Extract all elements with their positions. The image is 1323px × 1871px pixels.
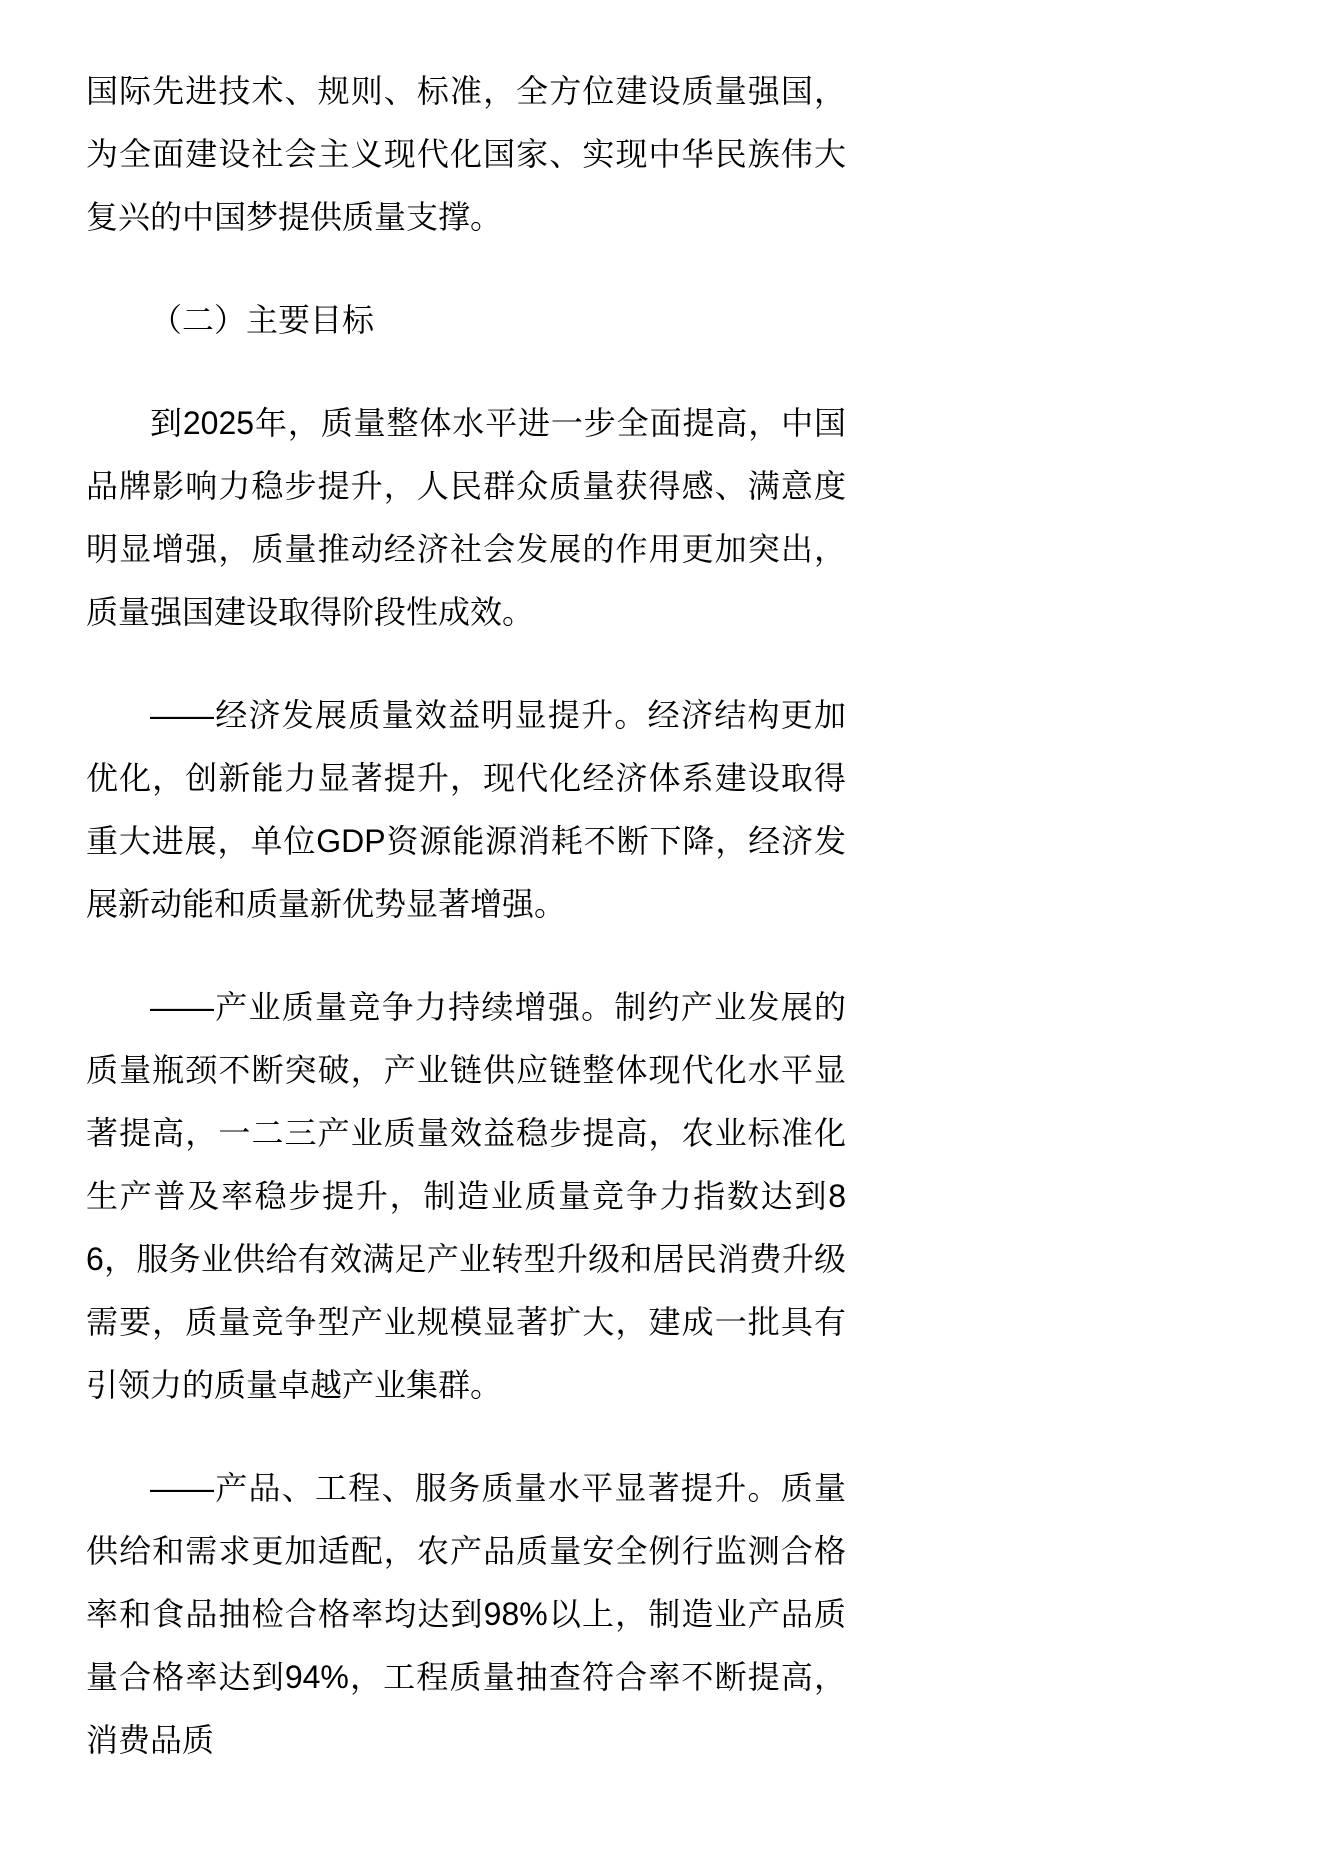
document-page: 国际先进技术、规则、标准，全方位建设质量强国，为全面建设社会主义现代化国家、实现… xyxy=(0,0,1323,1871)
paragraph-2025-overall-goal: 到2025年，质量整体水平进一步全面提高，中国品牌影响力稳步提升，人民群众质量获… xyxy=(86,392,846,644)
text-column: 国际先进技术、规则、标准，全方位建设质量强国，为全面建设社会主义现代化国家、实现… xyxy=(86,0,846,1772)
paragraph-continuation-quality-support: 国际先进技术、规则、标准，全方位建设质量强国，为全面建设社会主义现代化国家、实现… xyxy=(86,60,846,249)
paragraph-economic-development-quality: ——经济发展质量效益明显提升。经济结构更加优化，创新能力显著提升，现代化经济体系… xyxy=(86,684,846,936)
section-heading-main-goals: （二）主要目标 xyxy=(86,289,846,352)
paragraph-product-engineering-service-quality: ——产品、工程、服务质量水平显著提升。质量供给和需求更加适配，农产品质量安全例行… xyxy=(86,1457,846,1772)
paragraph-industry-quality-competitiveness: ——产业质量竞争力持续增强。制约产业发展的质量瓶颈不断突破，产业链供应链整体现代… xyxy=(86,976,846,1417)
